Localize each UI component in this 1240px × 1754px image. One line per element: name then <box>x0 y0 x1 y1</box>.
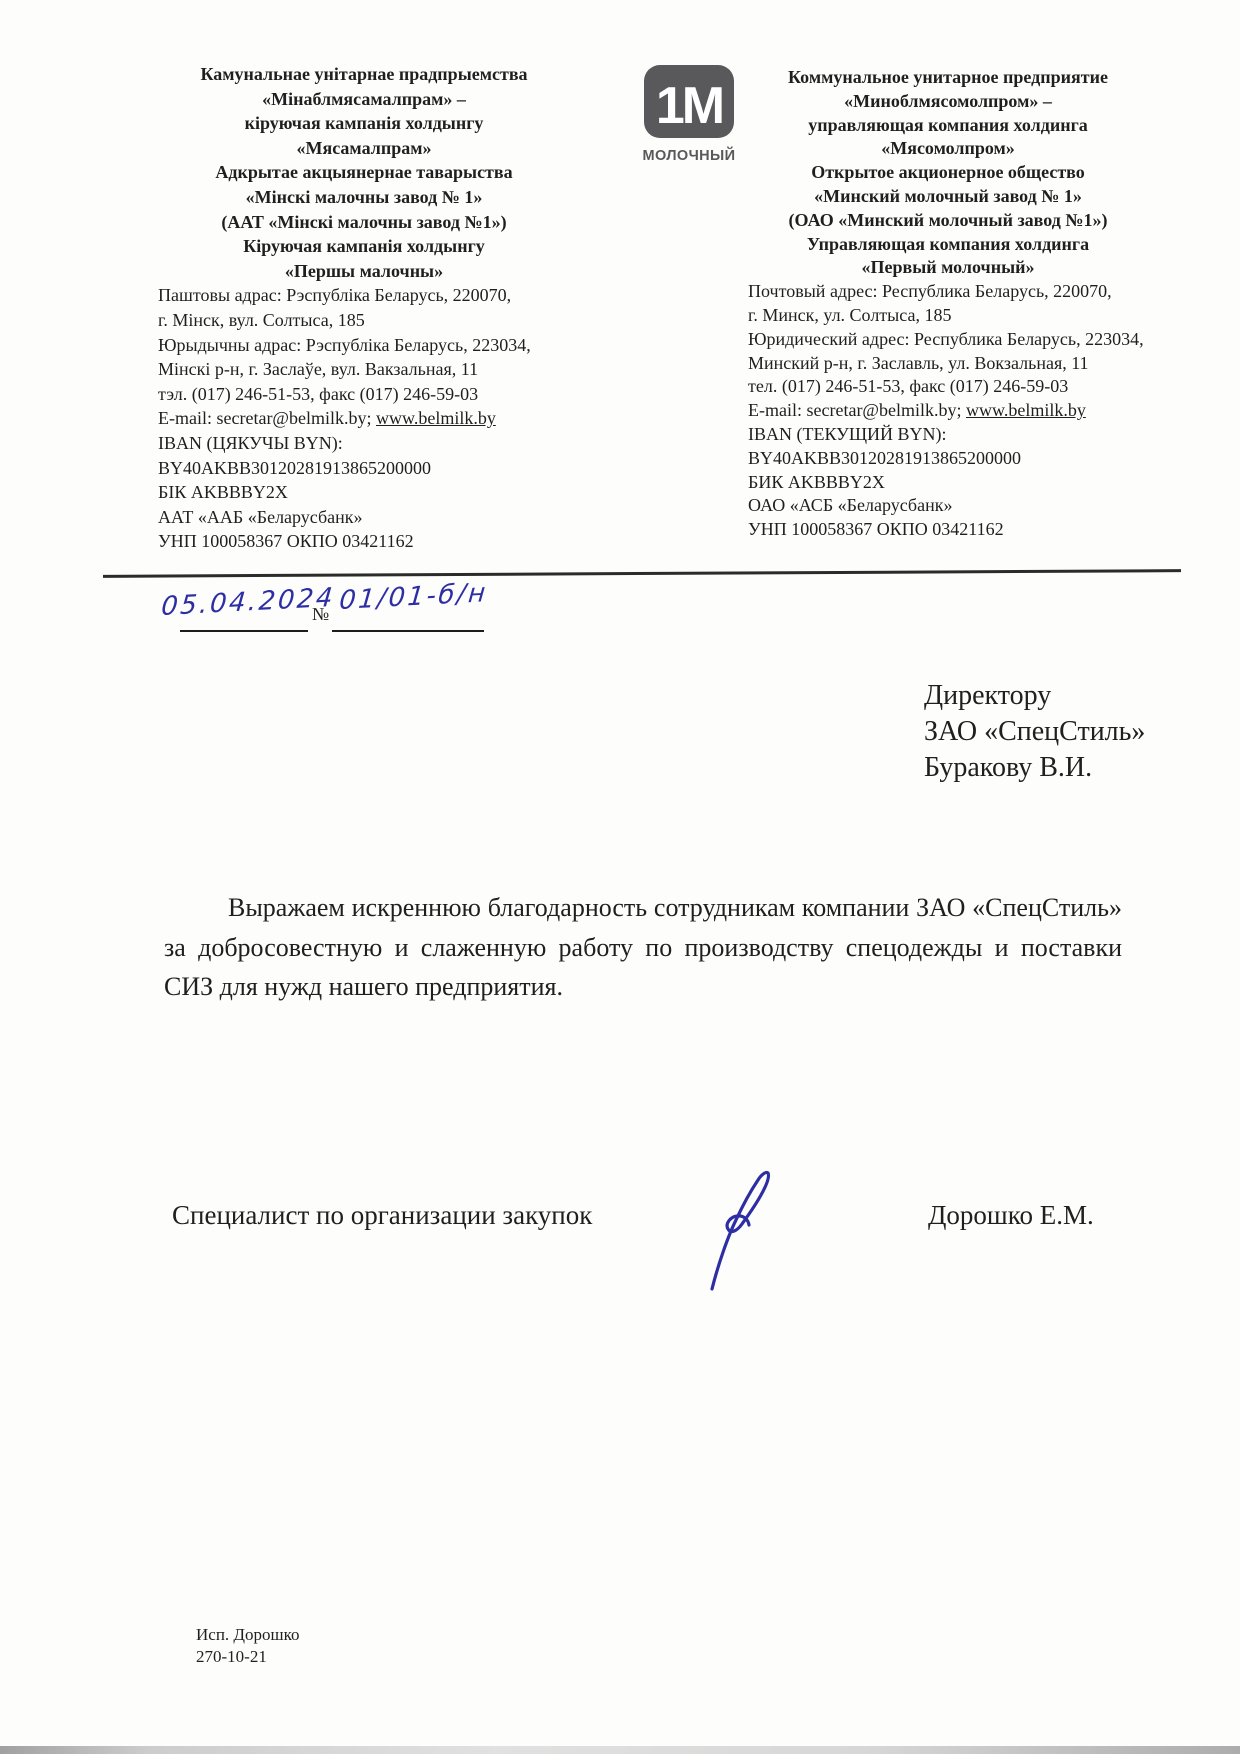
postal-address-line: Паштовы адрас: Рэспубліка Беларусь, 2200… <box>158 283 570 308</box>
recipient-person: Буракову В.И. <box>924 750 1145 786</box>
handwritten-date: 05.04.2024 <box>160 583 336 622</box>
header-line: «Минский молочный завод № 1» <box>748 185 1148 209</box>
signature-autograph <box>700 1168 790 1293</box>
postal-address-line: г. Мінск, вул. Солтыса, 185 <box>158 308 570 333</box>
header-line: Кіруючая кампанія холдынгу <box>158 234 570 259</box>
recipient-company: ЗАО «СпецСтиль» <box>924 714 1145 750</box>
scan-bottom-edge <box>0 1746 1240 1754</box>
bic-line: БІК AKBBBY2X <box>158 480 570 505</box>
company-logo: 1М МОЛОЧНЫЙ <box>628 64 750 164</box>
website-link: www.belmilk.by <box>376 408 496 428</box>
postal-address-line: г. Минск, ул. Солтыса, 185 <box>748 304 1148 328</box>
signer-position: Специалист по организации закупок <box>172 1200 592 1231</box>
email-line: E-mail: secretar@belmilk.by; www.belmilk… <box>748 399 1148 423</box>
iban-label-line: IBAN (ТЕКУЩИЙ BYN): <box>748 423 1148 447</box>
logo-monogram: 1М <box>656 77 722 135</box>
bank-name-line: ОАО «АСБ «Беларусбанк» <box>748 494 1148 518</box>
header-line: (ОАО «Минский молочный завод №1») <box>748 209 1148 233</box>
handwritten-number: 01/01-б/н <box>338 578 489 616</box>
recipient-block: Директору ЗАО «СпецСтиль» Буракову В.И. <box>924 678 1145 786</box>
reference-line: 05.04.2024 № 01/01-б/н <box>160 588 700 652</box>
unp-okpo-line: УНП 100058367 ОКПО 03421162 <box>748 518 1148 542</box>
header-line: Открытое акционерное общество <box>748 161 1148 185</box>
number-underline <box>332 630 484 632</box>
header-line: «Первый молочный» <box>748 256 1148 280</box>
header-line: кіруючая кампанія холдынгу <box>158 111 570 136</box>
executor-phone: 270-10-21 <box>196 1646 300 1668</box>
unp-okpo-line: УНП 100058367 ОКПО 03421162 <box>158 529 570 554</box>
email-line: E-mail: secretar@belmilk.by; www.belmilk… <box>158 406 570 431</box>
header-line: Коммунальное унитарное предприятие <box>748 66 1148 90</box>
header-belarusian: Камунальнае унітарнае прадпрыемства «Мін… <box>158 62 570 554</box>
phone-fax-line: тэл. (017) 246-51-53, факс (017) 246-59-… <box>158 382 570 407</box>
body-paragraph: Выражаем искреннюю благодарность сотрудн… <box>164 888 1122 1007</box>
logo-1m-icon: 1М <box>643 64 735 140</box>
executor-name: Исп. Дорошко <box>196 1624 300 1646</box>
executor-block: Исп. Дорошко 270-10-21 <box>196 1624 300 1668</box>
email-text: E-mail: secretar@belmilk.by; <box>748 400 966 420</box>
header-line: «Мінаблмясамалпрам» – <box>158 87 570 112</box>
legal-address-line: Юрыдычны адрас: Рэспубліка Беларусь, 223… <box>158 333 570 358</box>
legal-address-line: Мінскі р-н, г. Заслаўе, вул. Вакзальная,… <box>158 357 570 382</box>
date-underline <box>180 630 308 632</box>
header-line: «Мінскі малочны завод № 1» <box>158 185 570 210</box>
header-line: Адкрытае акцыянернае таварыства <box>158 160 570 185</box>
legal-address-line: Юридический адрес: Республика Беларусь, … <box>748 328 1148 352</box>
header-line: «Мясомолпром» <box>748 137 1148 161</box>
number-sign: № <box>312 604 329 625</box>
logo-caption: МОЛОЧНЫЙ <box>628 148 750 164</box>
website-link: www.belmilk.by <box>966 400 1086 420</box>
postal-address-line: Почтовый адрес: Республика Беларусь, 220… <box>748 280 1148 304</box>
bank-name-line: ААТ «ААБ «Беларусбанк» <box>158 505 570 530</box>
iban-number-line: BY40AKBB30120281913865200000 <box>748 447 1148 471</box>
email-text: E-mail: secretar@belmilk.by; <box>158 408 376 428</box>
iban-number-line: BY40AKBB30120281913865200000 <box>158 456 570 481</box>
bic-line: БИК AKBBBY2X <box>748 471 1148 495</box>
header-line: Камунальнае унітарнае прадпрыемства <box>158 62 570 87</box>
legal-address-line: Минский р-н, г. Заславль, ул. Вокзальная… <box>748 352 1148 376</box>
header-line: «Мясамалпрам» <box>158 136 570 161</box>
recipient-title: Директору <box>924 678 1145 714</box>
signer-name: Дорошко Е.М. <box>928 1200 1094 1231</box>
header-russian: Коммунальное унитарное предприятие «Мино… <box>748 66 1148 542</box>
header-line: (ААТ «Мінскі малочны завод №1») <box>158 210 570 235</box>
header-line: Управляющая компания холдинга <box>748 233 1148 257</box>
header-divider-line <box>103 569 1181 577</box>
phone-fax-line: тел. (017) 246-51-53, факс (017) 246-59-… <box>748 375 1148 399</box>
header-line: управляющая компания холдинга <box>748 114 1148 138</box>
header-line: «Миноблмясомолпром» – <box>748 90 1148 114</box>
letter-page: Камунальнае унітарнае прадпрыемства «Мін… <box>0 0 1240 1754</box>
header-line: «Першы малочны» <box>158 259 570 284</box>
iban-label-line: IBAN (ЦЯКУЧЫ BYN): <box>158 431 570 456</box>
